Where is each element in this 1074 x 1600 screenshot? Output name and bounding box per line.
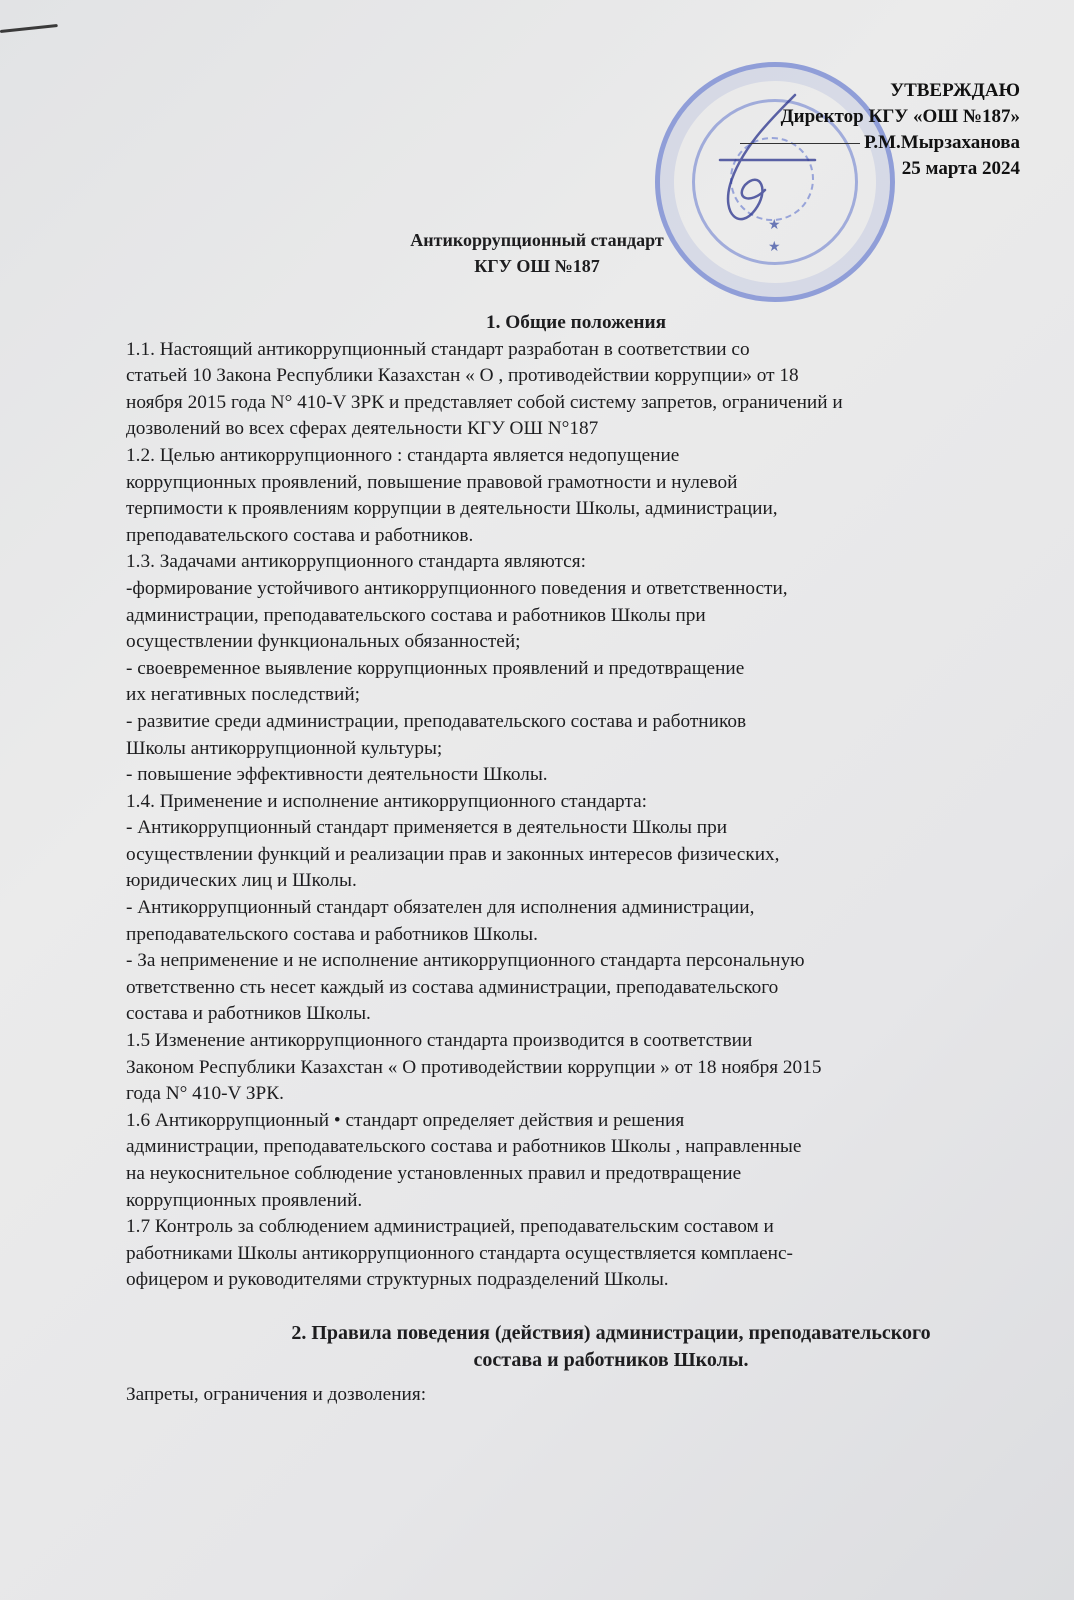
text-line: Законом Республики Казахстан « О противо…	[126, 1055, 1006, 1082]
text-line: дозволений во всех сферах деятельности К…	[126, 416, 1006, 443]
section2-subheading: Запреты, ограничения и дозволения:	[126, 1382, 1006, 1409]
text-line: 1.3. Задачами антикоррупционного стандар…	[126, 549, 1006, 576]
approval-director-name: Р.М.Мырзаханова	[740, 130, 1020, 156]
text-line: ноября 2015 года N° 410-V ЗРК и представ…	[126, 390, 1006, 417]
text-line: - развитие среди администрации, преподав…	[126, 709, 1006, 736]
section1-heading: 1. Общие положения	[126, 310, 1006, 337]
text-line: коррупционных проявлений, повышение прав…	[126, 470, 1006, 497]
text-line: осуществлении функций и реализации прав …	[126, 842, 1006, 869]
document-body: 1. Общие положения 1.1. Настоящий антико…	[126, 310, 1006, 1409]
text-line: -формирование устойчивого антикоррупцион…	[126, 576, 1006, 603]
text-line: осуществлении функциональных обязанносте…	[126, 629, 1006, 656]
text-line: 1.1. Настоящий антикоррупционный стандар…	[126, 337, 1006, 364]
text-line: состава и работников Школы.	[126, 1001, 1006, 1028]
text-line: преподавательского состава и работников …	[126, 922, 1006, 949]
text-line: статьей 10 Закона Республики Казахстан «…	[126, 363, 1006, 390]
text-line: 1.5 Изменение антикоррупционного стандар…	[126, 1028, 1006, 1055]
text-line: работниками Школы антикоррупционного ста…	[126, 1241, 1006, 1268]
text-line: терпимости к проявлениям коррупции в дея…	[126, 496, 1006, 523]
text-line: - Антикоррупционный стандарт применяется…	[126, 815, 1006, 842]
approval-label: УТВЕРЖДАЮ	[740, 78, 1020, 104]
text-line: 1.6 Антикоррупционный • стандарт определ…	[126, 1108, 1006, 1135]
text-line: 1.2. Целью антикоррупционного : стандарт…	[126, 443, 1006, 470]
approval-date: 25 марта 2024	[740, 156, 1020, 182]
signature-line	[740, 143, 860, 144]
text-line: юридических лиц и Школы.	[126, 868, 1006, 895]
staple-mark	[0, 24, 58, 33]
document-title-line2: КГУ ОШ №187	[0, 253, 1074, 279]
text-line: - своевременное выявление коррупционных …	[126, 656, 1006, 683]
text-line: - повышение эффективности деятельности Ш…	[126, 762, 1006, 789]
section2: 2. Правила поведения (действия) админист…	[126, 1320, 1006, 1409]
text-line: на неукоснительное соблюдение установлен…	[126, 1161, 1006, 1188]
text-line: 1.4. Применение и исполнение антикоррупц…	[126, 789, 1006, 816]
text-line: года N° 410-V ЗРК.	[126, 1081, 1006, 1108]
text-line: их негативных последствий;	[126, 682, 1006, 709]
document-title: Антикоррупционный стандарт КГУ ОШ №187	[0, 227, 1074, 279]
text-line: администрации, преподавательского состав…	[126, 1134, 1006, 1161]
text-line: ответственно сть несет каждый из состава…	[126, 975, 1006, 1002]
text-line: администрации, преподавательского состав…	[126, 603, 1006, 630]
approval-director-title: Директор КГУ «ОШ №187»	[740, 104, 1020, 130]
approval-block: УТВЕРЖДАЮ Директор КГУ «ОШ №187» Р.М.Мыр…	[740, 78, 1020, 182]
document-title-line1: Антикоррупционный стандарт	[0, 227, 1074, 253]
text-line: - За неприменение и не исполнение антико…	[126, 948, 1006, 975]
section2-heading-line2: состава и работников Школы.	[126, 1347, 1006, 1374]
text-line: офицером и руководителями структурных по…	[126, 1267, 1006, 1294]
section2-heading-line1: 2. Правила поведения (действия) админист…	[126, 1320, 1006, 1347]
text-line: 1.7 Контроль за соблюдением администраци…	[126, 1214, 1006, 1241]
text-line: Школы антикоррупционной культуры;	[126, 736, 1006, 763]
text-line: преподавательского состава и работников.	[126, 523, 1006, 550]
text-line: - Антикоррупционный стандарт обязателен …	[126, 895, 1006, 922]
section1-text: 1.1. Настоящий антикоррупционный стандар…	[126, 337, 1006, 1294]
text-line: коррупционных проявлений.	[126, 1188, 1006, 1215]
